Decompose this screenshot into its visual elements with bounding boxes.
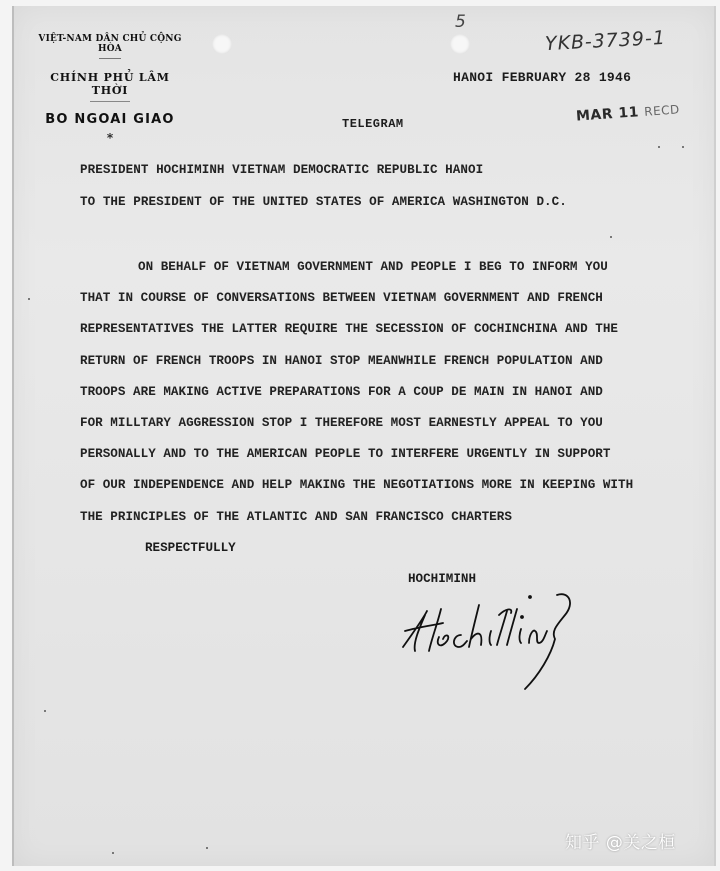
body-line: OF OUR INDEPENDENCE AND HELP MAKING THE … bbox=[80, 476, 700, 507]
source-watermark: 知乎 @关之桓 bbox=[565, 828, 676, 853]
signer-name: HOCHIMINH bbox=[408, 572, 476, 586]
body-line: RETURN OF FRENCH TROOPS IN HANOI STOP ME… bbox=[80, 352, 700, 383]
place-date: HANOI FEBRUARY 28 1946 bbox=[453, 70, 631, 85]
message-body: ON BEHALF OF VIETNAM GOVERNMENT AND PEOP… bbox=[80, 258, 700, 539]
document-title: TELEGRAM bbox=[342, 117, 404, 131]
paper-speck bbox=[658, 146, 660, 148]
letterhead-divider bbox=[90, 101, 130, 102]
letterhead-country: VIỆT-NAM DÂN CHỦ CỘNG HÒA bbox=[30, 34, 190, 54]
letterhead-divider bbox=[99, 58, 121, 59]
body-line: THE PRINCIPLES OF THE ATLANTIC AND SAN F… bbox=[80, 508, 700, 539]
body-line: THAT IN COURSE OF CONVERSATIONS BETWEEN … bbox=[80, 289, 700, 320]
paper-speck bbox=[112, 852, 114, 854]
body-line: REPRESENTATIVES THE LATTER REQUIRE THE S… bbox=[80, 320, 700, 351]
letterhead: VIỆT-NAM DÂN CHỦ CỘNG HÒA CHÍNH PHỦ LÂM … bbox=[30, 34, 190, 145]
punch-hole bbox=[450, 34, 470, 54]
paper-speck bbox=[206, 847, 208, 849]
received-stamp-label: RECD bbox=[644, 102, 680, 118]
body-line: TROOPS ARE MAKING ACTIVE PREPARATIONS FO… bbox=[80, 383, 700, 414]
paper-speck bbox=[44, 710, 46, 712]
letterhead-government: CHÍNH PHỦ LÂM THỜI bbox=[30, 71, 190, 97]
valediction: RESPECTFULLY bbox=[145, 541, 236, 555]
handwritten-signature bbox=[395, 585, 585, 700]
body-line: ON BEHALF OF VIETNAM GOVERNMENT AND PEOP… bbox=[80, 258, 700, 289]
body-line: FOR MILLTARY AGGRESSION STOP I THEREFORE… bbox=[80, 414, 700, 445]
body-line: PERSONALLY AND TO THE AMERICAN PEOPLE TO… bbox=[80, 445, 700, 476]
star-icon: * bbox=[30, 131, 190, 145]
signature-icon bbox=[395, 585, 585, 695]
sender-line: PRESIDENT HOCHIMINH VIETNAM DEMOCRATIC R… bbox=[80, 163, 483, 177]
paper-speck bbox=[28, 298, 30, 300]
paper-speck bbox=[682, 146, 684, 148]
handwritten-mark: 5 bbox=[455, 12, 466, 32]
punch-hole bbox=[212, 34, 232, 54]
paper-speck bbox=[610, 236, 612, 238]
letterhead-ministry: BO NGOAI GIAO bbox=[30, 112, 190, 127]
recipient-line: TO THE PRESIDENT OF THE UNITED STATES OF… bbox=[80, 195, 567, 209]
